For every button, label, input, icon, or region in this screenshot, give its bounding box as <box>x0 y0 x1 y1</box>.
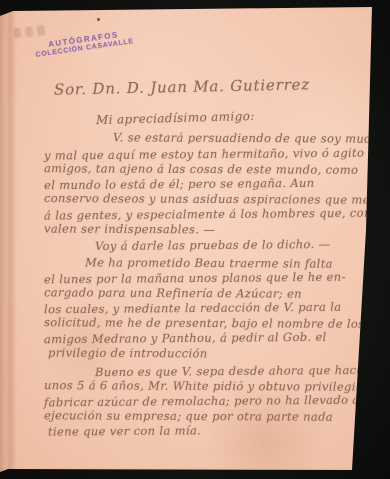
handwritten-line: los cuales, y mediante la redacción de V… <box>44 300 342 317</box>
handwritten-line: valen ser indispensables. — <box>44 222 215 237</box>
salutation: Sor. Dn. D. Juan Ma. Gutierrez <box>54 75 310 98</box>
emboss-pellet-icon <box>12 26 21 39</box>
handwritten-line: cargado para una Refinería de Azúcar; en <box>44 285 302 300</box>
collection-stamp: AUTÓGRAFOS COLECCIÓN CASAVALLE <box>33 28 134 59</box>
greeting-line: Mi apreciadísimo amigo: <box>96 109 255 127</box>
emboss-pellet-icon <box>24 25 33 38</box>
handwritten-line: ejecución su empresa; que por otra parte… <box>44 408 333 424</box>
handwritten-line: privilegio de introducción <box>48 346 208 361</box>
handwritten-line: el lunes por la mañana unos planos que l… <box>44 270 346 287</box>
handwritten-line: á las gentes, y especialmente á los homb… <box>44 205 390 222</box>
scanned-letter-photo: AUTÓGRAFOS COLECCIÓN CASAVALLE Sor. Dn. … <box>0 0 390 479</box>
handwritten-line: el mundo lo está de él; pero se engaña. … <box>44 176 315 192</box>
handwritten-line: amigos Medrano y Panthou, á pedir al Gob… <box>44 330 327 346</box>
handwritten-line: solicitud, me he de presentar, bajo el n… <box>44 315 365 331</box>
handwritten-line: fabricar azúcar de remolacha; pero no ha… <box>44 393 360 410</box>
handwritten-line: Bueno es que V. sepa desde ahora que hac… <box>95 363 364 379</box>
handwritten-line: tiene que ver con la mía. <box>48 423 201 438</box>
handwritten-line: y mal que aquí me estoy tan hermitaño, v… <box>44 146 383 163</box>
emboss-pellet-icon <box>36 23 45 36</box>
blind-emboss-seal-icon <box>12 23 45 38</box>
ink-speck-icon <box>97 18 100 21</box>
handwritten-line: Me ha prometido Beau traerme sin falta <box>85 255 333 270</box>
handwritten-line: Voy á darle las pruebas de lo dicho. — <box>95 237 331 253</box>
handwritten-line: conservo deseos y unas asiduas aspiracio… <box>44 191 390 207</box>
handwritten-line: amigos, tan ajeno á las cosas de este mu… <box>44 161 358 177</box>
handwritten-line: V. se estará persuadiendo de que soy mud… <box>113 130 379 145</box>
handwritten-line: unos 5 á 6 años, Mr. White pidió y obtuv… <box>44 378 390 394</box>
letter-page: AUTÓGRAFOS COLECCIÓN CASAVALLE Sor. Dn. … <box>0 0 390 479</box>
